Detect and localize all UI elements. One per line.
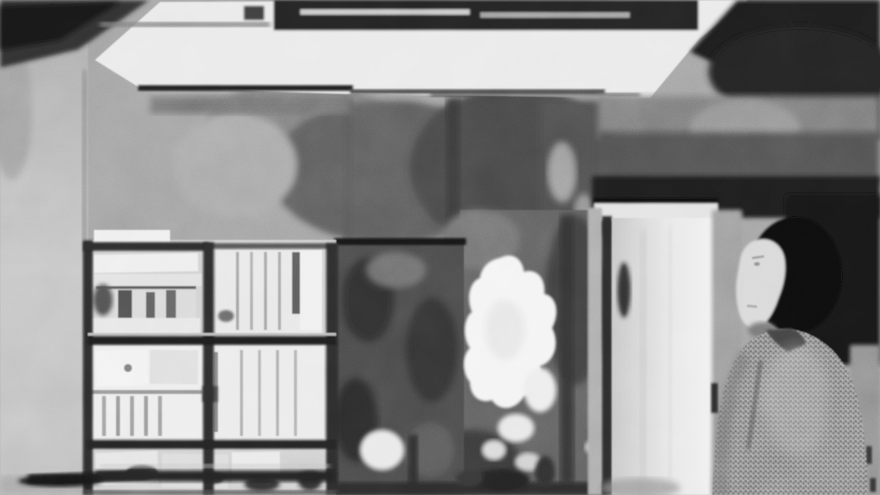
photograph (0, 0, 880, 495)
photo-canvas (0, 0, 880, 495)
photo-grain-overlay (0, 0, 880, 495)
